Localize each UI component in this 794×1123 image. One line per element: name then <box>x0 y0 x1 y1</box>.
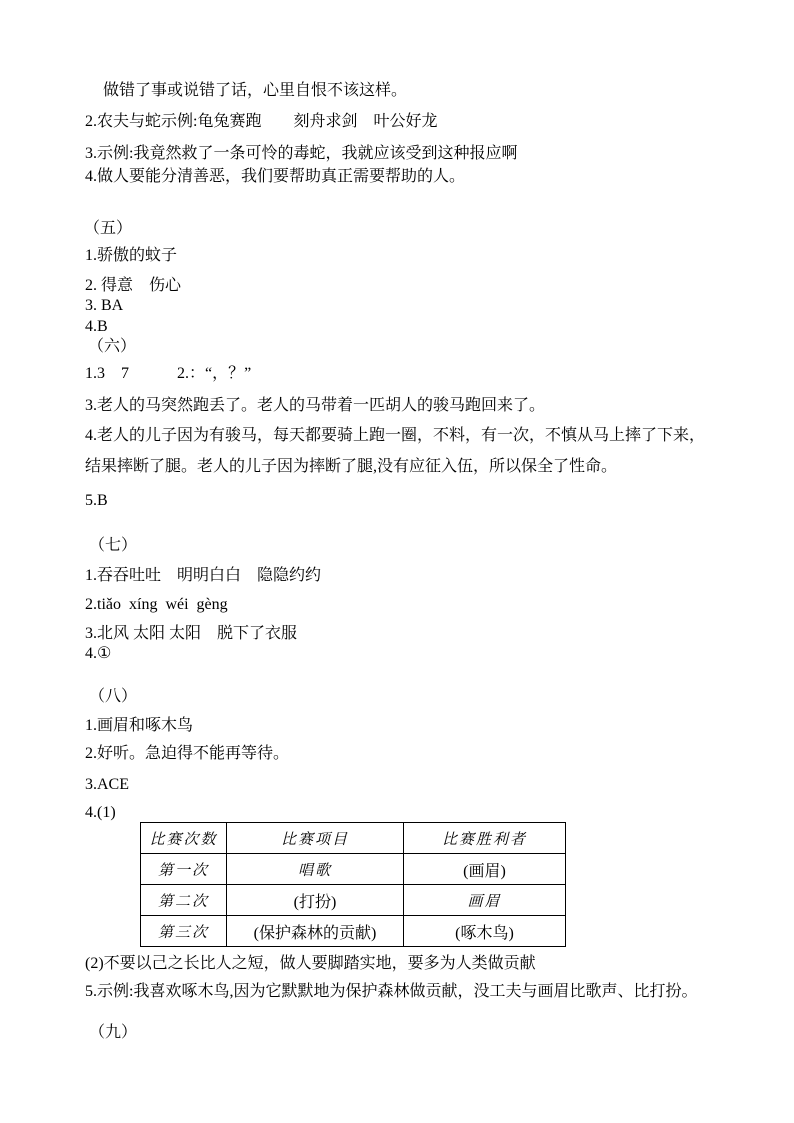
answer-line: 5.示例:我喜欢啄木鸟,因为它默默地为保护森林做贡献，没工夫与画眉比歌声、比打扮… <box>85 982 697 1001</box>
answer-line: 2.农夫与蛇示例:龟兔赛跑 刻舟求剑 叶公好龙 <box>85 112 437 131</box>
answer-line: 4.做人要能分清善恶，我们要帮助真正需要帮助的人。 <box>85 167 465 186</box>
section-heading-7: （七） <box>89 536 137 555</box>
contest-answers-table: 比赛次数 比赛项目 比赛胜利者 第一次 唱歌 (画眉) 第二次 (打扮) 画眉 … <box>140 822 566 947</box>
section-heading-5: （五） <box>84 219 132 238</box>
section-heading-6: （六） <box>88 337 136 356</box>
table-cell: 第三次 <box>141 916 227 947</box>
table-cell-answer: (打扮) <box>227 885 404 916</box>
answer-line: 4.① <box>85 644 111 663</box>
answer-line-pinyin: 2.tiǎo xíng wéi gèng <box>85 595 228 614</box>
section-heading-9: （九） <box>89 1023 137 1042</box>
table-header-cell: 比赛项目 <box>227 823 404 854</box>
table-cell: 第二次 <box>141 885 227 916</box>
answer-line: 1.3 7 2.：“，？” <box>85 364 251 383</box>
answer-line: 3. BA <box>85 296 123 315</box>
table-cell: 画眉 <box>404 885 566 916</box>
table-header-cell: 比赛次数 <box>141 823 227 854</box>
table-header-cell: 比赛胜利者 <box>404 823 566 854</box>
answer-line: 1.骄傲的蚊子 <box>85 246 177 265</box>
answer-line: 2.好听。急迫得不能再等待。 <box>85 744 289 763</box>
answer-line: 结果摔断了腿。老人的儿子因为摔断了腿,没有应征入伍，所以保全了性命。 <box>85 457 617 476</box>
answer-line: 3.老人的马突然跑丢了。老人的马带着一匹胡人的骏马跑回来了。 <box>85 396 545 415</box>
table-cell: 唱歌 <box>227 854 404 885</box>
answer-line: 1.画眉和啄木鸟 <box>85 716 193 735</box>
answer-line: 3.北风 太阳 太阳 脱下了衣服 <box>85 624 297 643</box>
section-heading-8: （八） <box>89 687 137 706</box>
answer-line: 5.B <box>85 491 108 510</box>
answer-line: 3.ACE <box>85 775 129 794</box>
answer-line: 4.老人的儿子因为有骏马，每天都要骑上跑一圈，不料，有一次，不慎从马上摔了下来， <box>85 426 705 445</box>
table-header-row: 比赛次数 比赛项目 比赛胜利者 <box>141 823 566 854</box>
answer-line: 做错了事或说错了话，心里自恨不该这样。 <box>103 81 407 100</box>
answer-line: 4.B <box>85 317 108 336</box>
table-cell-answer: (啄木鸟) <box>404 916 566 947</box>
table-row: 第一次 唱歌 (画眉) <box>141 854 566 885</box>
table-cell-answer: (画眉) <box>404 854 566 885</box>
answer-line: 4.(1) <box>85 803 116 822</box>
table-cell-answer: (保护森林的贡献) <box>227 916 404 947</box>
answer-line: (2)不要以己之长比人之短，做人要脚踏实地，要多为人类做贡献 <box>85 954 536 973</box>
answer-line: 2. 得意 伤心 <box>85 276 181 295</box>
answer-line: 1.吞吞吐吐 明明白白 隐隐约约 <box>85 566 321 585</box>
table-row: 第二次 (打扮) 画眉 <box>141 885 566 916</box>
table-cell: 第一次 <box>141 854 227 885</box>
answer-line: 3.示例:我竟然救了一条可怜的毒蛇，我就应该受到这种报应啊 <box>85 144 517 163</box>
table-row: 第三次 (保护森林的贡献) (啄木鸟) <box>141 916 566 947</box>
answer-key-page: 做错了事或说错了话，心里自恨不该这样。 2.农夫与蛇示例:龟兔赛跑 刻舟求剑 叶… <box>0 0 794 1123</box>
